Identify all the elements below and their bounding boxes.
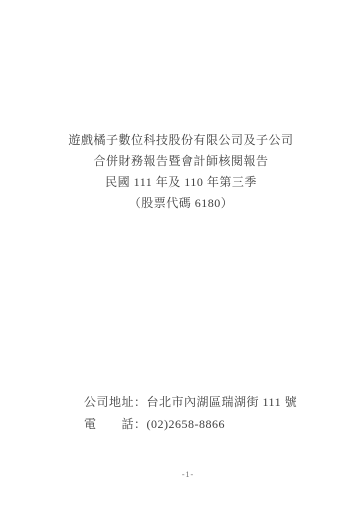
report-title: 合併財務報告暨會計師核閱報告 (0, 151, 362, 172)
page-number: -1- (0, 470, 362, 479)
document-page: 遊戲橘子數位科技股份有限公司及子公司 合併財務報告暨會計師核閱報告 民國 111… (0, 0, 362, 512)
company-phone: 電 話：(02)2658-8866 (84, 413, 297, 435)
contact-block: 公司地址：台北市內湖區瑞湖街 111 號 電 話：(02)2658-8866 (84, 391, 297, 435)
stock-code: （股票代碼 6180） (0, 193, 362, 214)
company-address: 公司地址：台北市內湖區瑞湖街 111 號 (84, 391, 297, 413)
report-period: 民國 111 年及 110 年第三季 (0, 172, 362, 193)
title-block: 遊戲橘子數位科技股份有限公司及子公司 合併財務報告暨會計師核閱報告 民國 111… (0, 130, 362, 214)
company-name: 遊戲橘子數位科技股份有限公司及子公司 (0, 130, 362, 151)
